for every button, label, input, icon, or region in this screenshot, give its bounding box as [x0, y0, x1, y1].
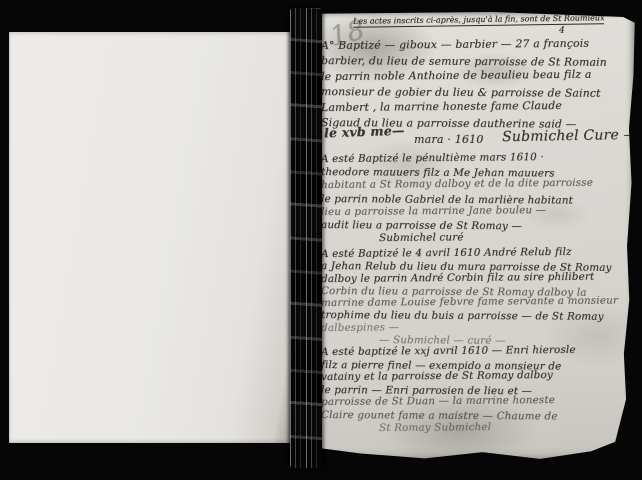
manuscript-line: marrine dame Louise febvre fame servante… — [321, 294, 634, 309]
header-mark: 4 — [559, 26, 565, 36]
left-blank-page — [9, 32, 290, 443]
register-scan-photo: 18 Les actes inscrits ci-après, jusqu'à … — [0, 0, 642, 480]
baptism-act-4: A esté baptizé le xxj avril 1610 — Enri … — [321, 346, 634, 434]
manuscript-line: le parrin noble Anthoine de beaulieu bea… — [321, 66, 634, 84]
manuscript-line: A esté Baptizé le 4 avril 1610 André Rel… — [321, 245, 634, 260]
curate-signature: St Romay Submichel — [379, 419, 634, 434]
baptism-act-2: A esté Baptizé le pénultième mars 1610 ·… — [321, 153, 634, 245]
manuscript-line: lieu a parroisse la marrine Jane bouleu … — [321, 203, 634, 219]
baptism-act-3: A esté Baptizé le 4 avril 1610 André Rel… — [321, 248, 634, 346]
month-year: mara · 1610 — [414, 133, 484, 146]
header-note: Les actes inscrits ci-après, jusqu'à la … — [353, 13, 605, 28]
baptism-act-1: A° Baptizé — giboux — barbier — 27 a fra… — [321, 38, 634, 130]
manuscript-line: parroisse de St Duan — la marrine honest… — [321, 394, 634, 409]
manuscript-line: habitant a St Romay dalboy et de la dite… — [321, 177, 634, 193]
book-spine-binding — [290, 8, 322, 468]
manuscript-line: dalboy le parrin André Corbin filz au si… — [321, 270, 634, 285]
manuscript-line: Lambert , la marrine honeste fame Claude — [321, 97, 634, 115]
manuscript-line: vatainy et la parroisse de St Romay dalb… — [321, 368, 634, 383]
curate-signature: Submichel curé — [379, 230, 634, 245]
day-numeral: le xvb me— — [324, 123, 405, 141]
date-signature-row: le xvb me— mara · 1610 Submichel Cure — — [324, 124, 624, 154]
manuscript-line: A° Baptizé — giboux — barbier — 27 a fra… — [321, 35, 634, 53]
manuscript-line: A esté baptizé le xxj avril 1610 — Enri … — [321, 343, 634, 358]
manuscript-line: dalbespines — — [321, 319, 634, 334]
manuscript-line: A esté Baptizé le pénultième mars 1610 · — [321, 150, 634, 166]
manuscript-page: 18 Les actes inscrits ci-après, jusqu'à … — [316, 12, 636, 462]
curate-signature: Submichel Cure — — [502, 127, 636, 145]
